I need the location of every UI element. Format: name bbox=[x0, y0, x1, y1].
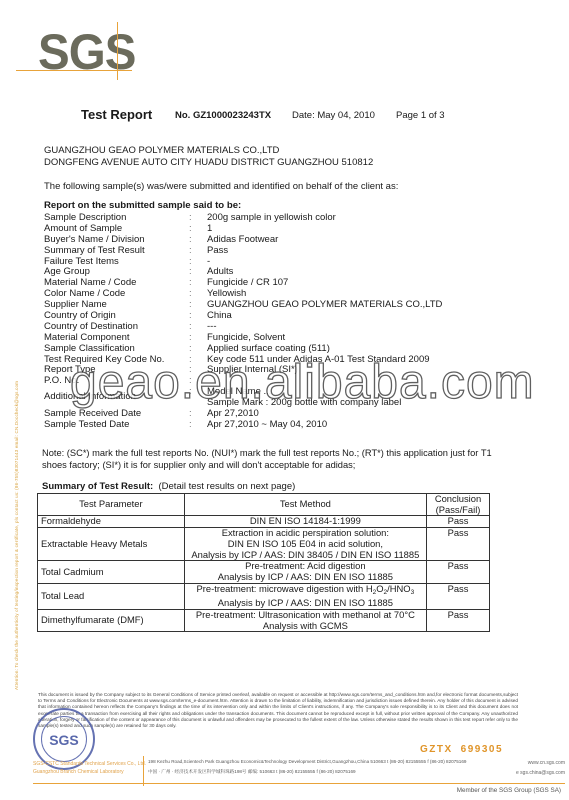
cell-method: Extraction in acidic perspiration soluti… bbox=[184, 528, 426, 561]
field-row: Material Name / Code:Fungicide / CR 107 bbox=[44, 277, 544, 288]
cell-conclusion: Pass bbox=[427, 516, 490, 528]
stamp-text: SGS bbox=[35, 732, 93, 748]
cell-method: Pre-treatment: microwave digestion with … bbox=[184, 583, 426, 609]
client-address: DONGFENG AVENUE AUTO CITY HUADU DISTRICT… bbox=[44, 157, 373, 169]
cell-parameter: Total Cadmium bbox=[38, 561, 185, 583]
field-row: Sample Tested Date:Apr 27,2010 ~ May 04,… bbox=[44, 419, 544, 430]
member-text: Member of the SGS Group (SGS SA) bbox=[457, 787, 561, 794]
cell-parameter: Extractable Heavy Metals bbox=[38, 528, 185, 561]
field-row: Country of Origin:China bbox=[44, 310, 544, 321]
footer-divider-horizontal bbox=[33, 783, 565, 784]
field-row: P.O. No.: bbox=[44, 375, 544, 386]
footer-address: 198 Kezhu Road,Scientech Park Guangzhou … bbox=[148, 757, 466, 777]
field-row: Amount of Sample:1 bbox=[44, 223, 544, 234]
table-row: Formaldehyde DIN EN ISO 14184-1:1999 Pas… bbox=[38, 516, 490, 528]
footer-company: SGS-CSTC Standards Technical Services Co… bbox=[33, 760, 146, 776]
table-row: Extractable Heavy Metals Extraction in a… bbox=[38, 528, 490, 561]
field-row: Age Group:Adults bbox=[44, 266, 544, 277]
report-date: Date: May 04, 2010 bbox=[292, 110, 375, 121]
field-row: Sample Description:200g sample in yellow… bbox=[44, 212, 544, 223]
cell-conclusion: Pass bbox=[427, 610, 490, 632]
cell-conclusion: Pass bbox=[427, 561, 490, 583]
col-header-parameter: Test Parameter bbox=[38, 494, 185, 516]
field-row: Buyer's Name / Division:Adidas Footwear bbox=[44, 234, 544, 245]
footer-contact: www.cn.sgs.com e sgs.china@sgs.com bbox=[470, 758, 565, 778]
cell-parameter: Formaldehyde bbox=[38, 516, 185, 528]
client-block: GUANGZHOU GEAO POLYMER MATERIALS CO.,LTD… bbox=[44, 145, 373, 169]
page-indicator: Page 1 of 3 bbox=[396, 110, 445, 121]
field-row: Test Required Key Code No.:Key code 511 … bbox=[44, 354, 544, 365]
cell-conclusion: Pass bbox=[427, 528, 490, 561]
table-row: Total Cadmium Pre-treatment: Acid digest… bbox=[38, 561, 490, 583]
footer-divider-vertical bbox=[143, 756, 144, 786]
note-text: Note: (SC*) mark the full test reports N… bbox=[42, 447, 512, 471]
side-authenticity-notice: Attention: To check the authenticity of … bbox=[14, 190, 19, 690]
client-name: GUANGZHOU GEAO POLYMER MATERIALS CO.,LTD bbox=[44, 145, 373, 157]
results-table: Test Parameter Test Method Conclusion(Pa… bbox=[37, 493, 490, 632]
field-row: Sample Classification:Applied surface co… bbox=[44, 343, 544, 354]
col-header-conclusion: Conclusion(Pass/Fail) bbox=[427, 494, 490, 516]
cell-method: Pre-treatment: Acid digestionAnalysis by… bbox=[184, 561, 426, 583]
email-link[interactable]: e sgs.china@sgs.com bbox=[470, 768, 565, 778]
col-header-method: Test Method bbox=[184, 494, 426, 516]
field-row: Additional Information:Model Name ...Sam… bbox=[44, 386, 544, 408]
field-row: Failure Test Items:- bbox=[44, 256, 544, 267]
logo-accent-vertical bbox=[117, 22, 118, 80]
cell-method: DIN EN ISO 14184-1:1999 bbox=[184, 516, 426, 528]
field-row: Report Type:Supplier Internal (SI*) bbox=[44, 364, 544, 375]
field-row: Material Component:Fungicide, Solvent bbox=[44, 332, 544, 343]
summary-title: Summary of Test Result: bbox=[42, 481, 153, 492]
summary-heading: Summary of Test Result: (Detail test res… bbox=[42, 481, 295, 492]
method-line-formula: Pre-treatment: microwave digestion with … bbox=[188, 584, 423, 599]
section-title: Report on the submitted sample said to b… bbox=[44, 200, 241, 211]
logo-accent-horizontal bbox=[16, 70, 132, 71]
summary-subtitle: (Detail test results on next page) bbox=[159, 481, 296, 492]
table-row: Total Lead Pre-treatment: microwave dige… bbox=[38, 583, 490, 609]
field-row: Color Name / Code:Yellowish bbox=[44, 288, 544, 299]
field-row: Summary of Test Result:Pass bbox=[44, 245, 544, 256]
cell-parameter: Total Lead bbox=[38, 583, 185, 609]
cell-conclusion: Pass bbox=[427, 583, 490, 609]
report-number: No. GZ1000023243TX bbox=[175, 110, 271, 121]
sample-fields: Sample Description:200g sample in yellow… bbox=[44, 212, 544, 430]
disclaimer-text: This document is issued by the Company s… bbox=[38, 692, 518, 729]
table-header-row: Test Parameter Test Method Conclusion(Pa… bbox=[38, 494, 490, 516]
intro-text: The following sample(s) was/were submitt… bbox=[44, 181, 398, 192]
sgs-logo-text: SGS bbox=[38, 22, 135, 82]
website-link[interactable]: www.cn.sgs.com bbox=[470, 758, 565, 768]
cell-parameter: Dimethylfumarate (DMF) bbox=[38, 610, 185, 632]
cell-method: Pre-treatment: Ultrasonication with meth… bbox=[184, 610, 426, 632]
report-code: GZTX699305 bbox=[420, 744, 503, 755]
report-title: Test Report bbox=[81, 107, 152, 122]
sgs-logo: SGS bbox=[16, 22, 134, 82]
table-row: Dimethylfumarate (DMF) Pre-treatment: Ul… bbox=[38, 610, 490, 632]
field-row: Sample Received Date:Apr 27,2010 bbox=[44, 408, 544, 419]
field-row: Supplier Name:GUANGZHOU GEAO POLYMER MAT… bbox=[44, 299, 544, 310]
report-header: Test Report No. GZ1000023243TX Date: May… bbox=[0, 106, 569, 126]
field-row: Country of Destination:--- bbox=[44, 321, 544, 332]
